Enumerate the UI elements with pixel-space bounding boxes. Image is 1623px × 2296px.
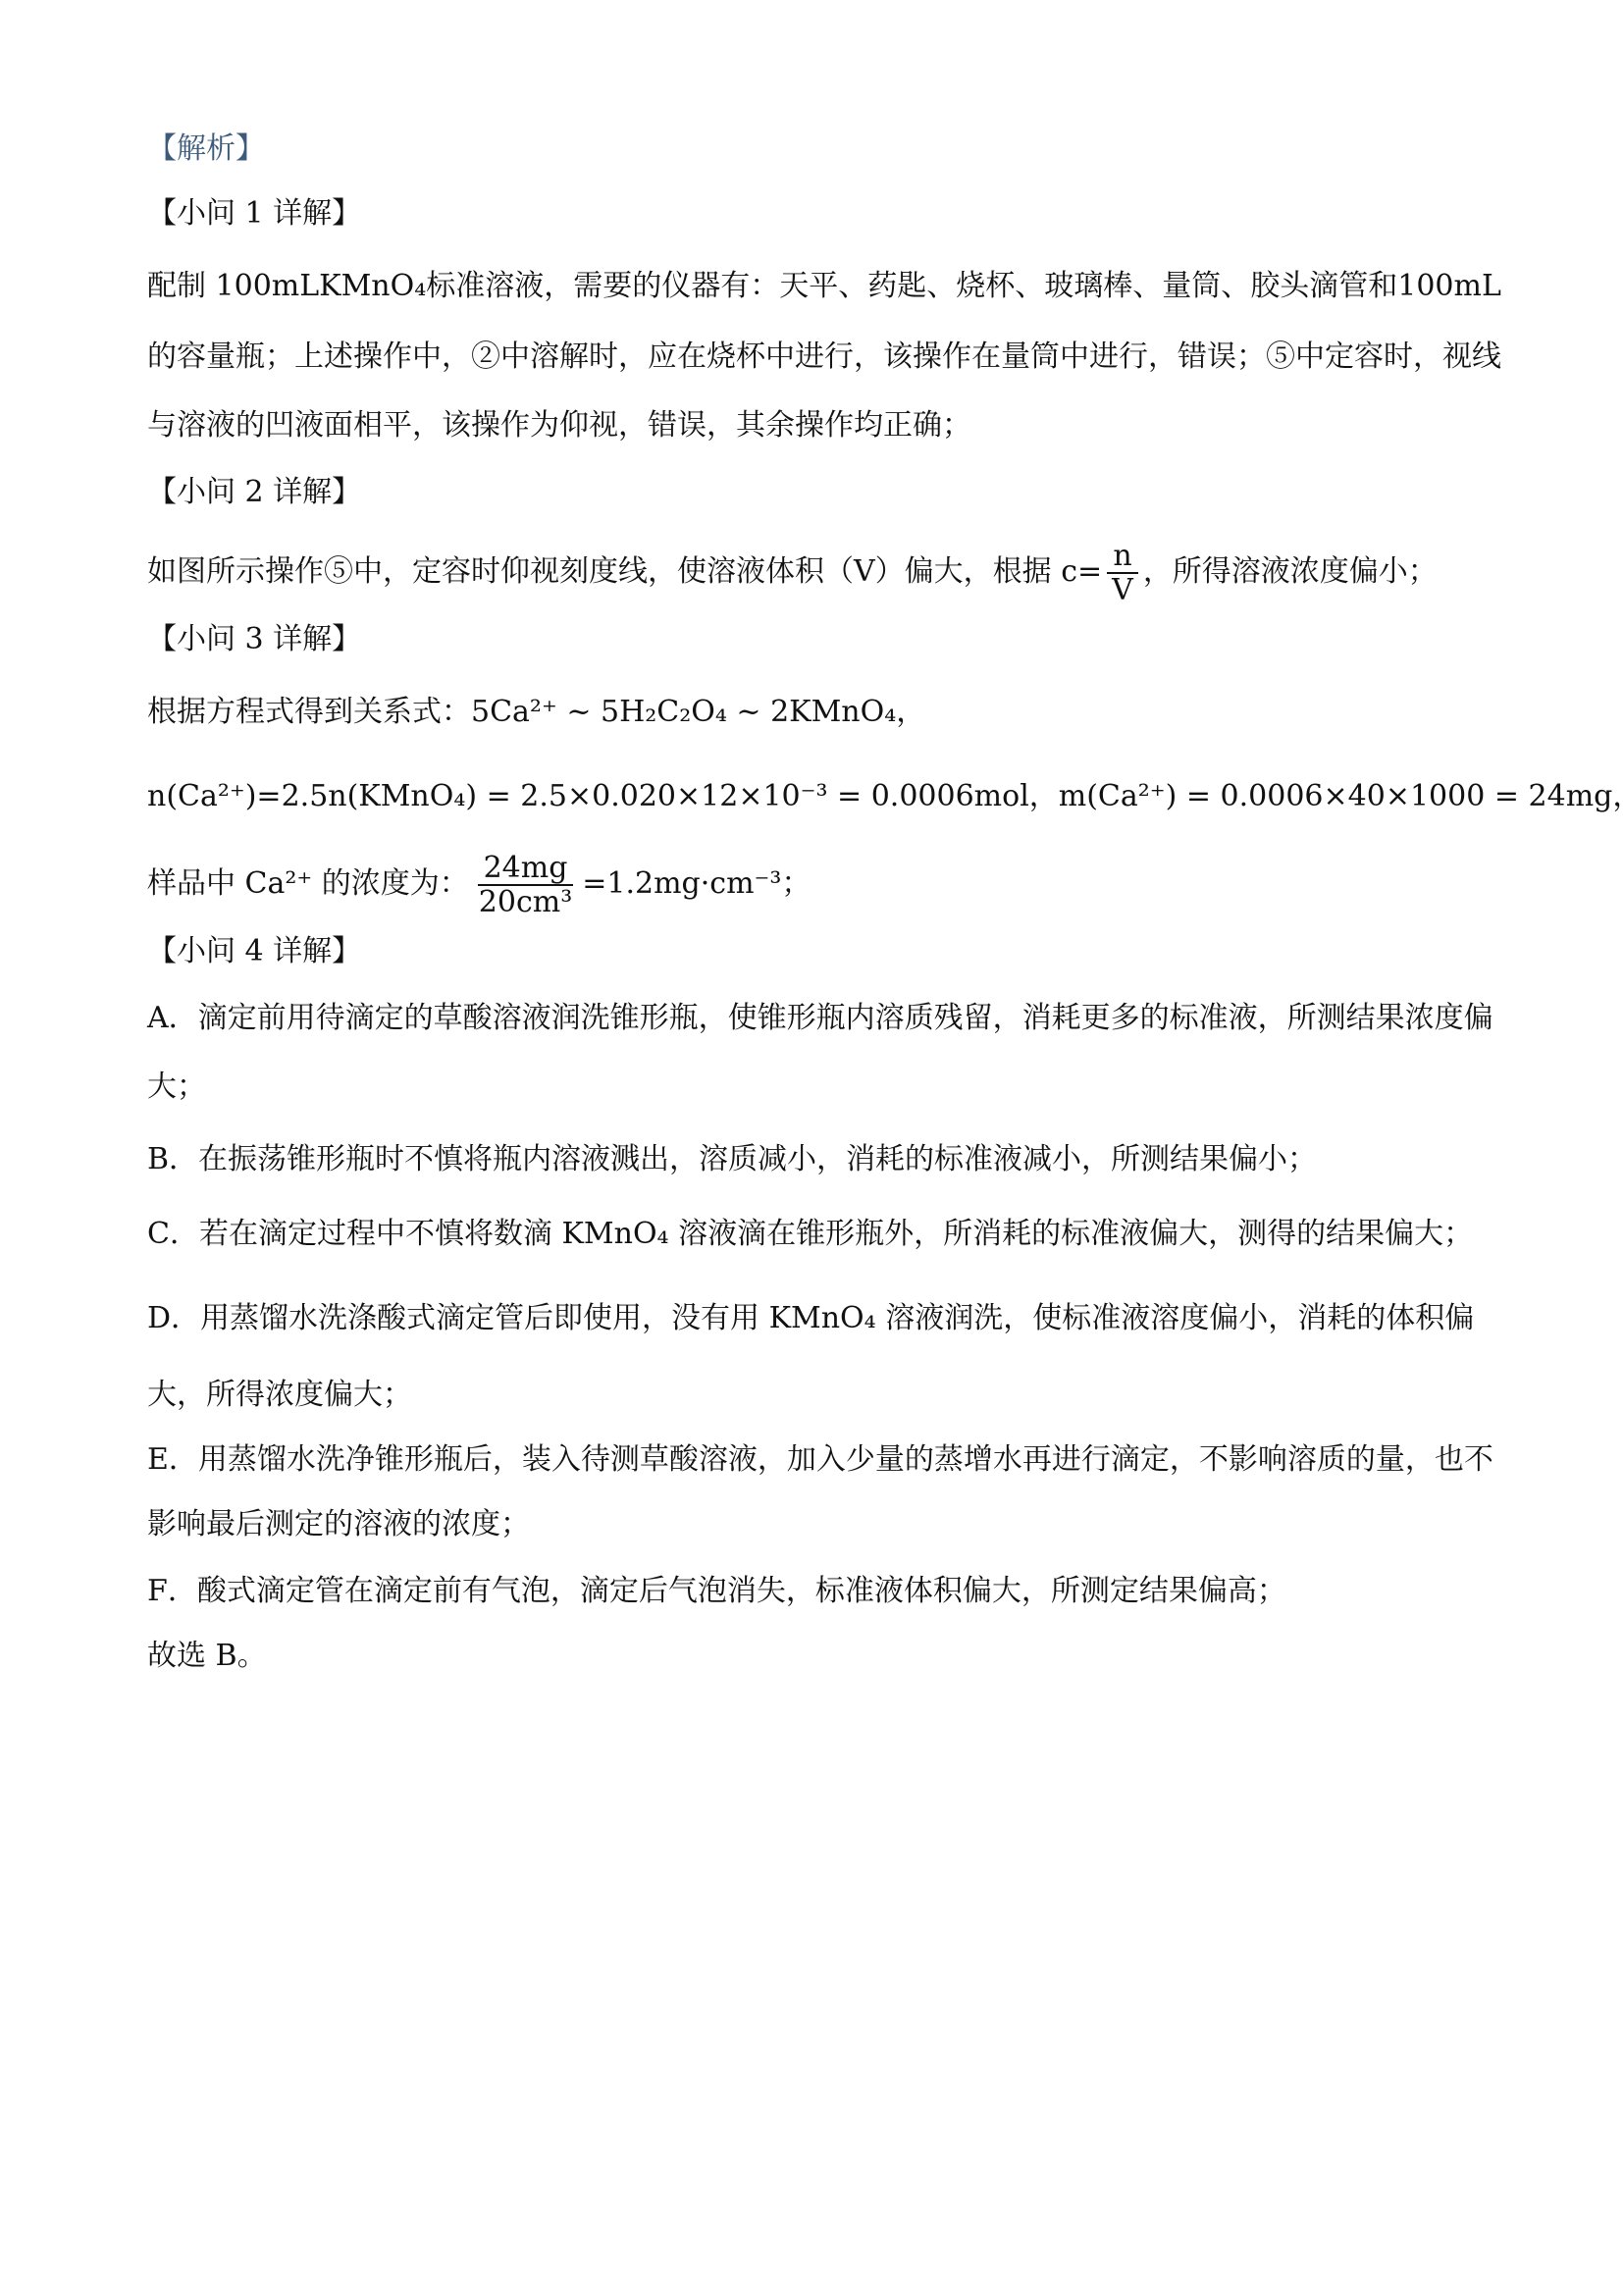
option-a-line-2: 大； <box>147 1066 206 1109</box>
analysis-label: 【解析】 <box>147 128 265 171</box>
option-a-line-1: A．滴定前用待滴定的草酸溶液润洗锥形瓶，使锥形瓶内溶质残留，消耗更多的标准液，所… <box>147 997 1493 1040</box>
section-1-line-2: 的容量瓶；上述操作中，②中溶解时，应在烧杯中进行，该操作在量筒中进行，错误；⑤中… <box>147 336 1501 379</box>
option-d-line-1: D．用蒸馏水洗涤酸式滴定管后即使用，没有用 KMnO₄ 溶液润洗，使标准液溶度偏… <box>147 1297 1474 1340</box>
section-3-line-1: 根据方程式得到关系式：5Ca²⁺ ~ 5H₂C₂O₄ ~ 2KMnO₄， <box>147 691 925 734</box>
option-e-line-1: E．用蒸馏水洗净锥形瓶后，装入待测草酸溶液，加入少量的蒸增水再进行滴定，不影响溶… <box>147 1438 1493 1482</box>
option-c: C．若在滴定过程中不慎将数滴 KMnO₄ 溶液滴在锥形瓶外，所消耗的标准液偏大，… <box>147 1213 1473 1256</box>
option-b: B．在振荡锥形瓶时不慎将瓶内溶液溅出，溶质减小，消耗的标准液减小，所测结果偏小； <box>147 1138 1317 1181</box>
option-d-line-2: 大，所得浓度偏大； <box>147 1374 412 1417</box>
section-2-line-1: 如图所示操作⑤中，定容时仰视刻度线，使溶液体积（V）偏大，根据 c=nV，所得溶… <box>147 540 1438 606</box>
ca-concentration-fraction: 24mg20cm³ <box>473 852 578 918</box>
option-e-line-2: 影响最后测定的溶液的浓度； <box>147 1503 530 1546</box>
section-2-heading: 【小问 2 详解】 <box>147 471 361 514</box>
section-3-line-3: 样品中 Ca²⁺ 的浓度为：24mg20cm³=1.2mg·cm⁻³； <box>147 852 811 918</box>
section-4-heading: 【小问 4 详解】 <box>147 930 361 973</box>
section-1-line-1: 配制 100mLKMnO₄标准溶液，需要的仪器有：天平、药匙、烧杯、玻璃棒、量筒… <box>147 265 1501 308</box>
option-f: F．酸式滴定管在滴定前有气泡，滴定后气泡消失，标准液体积偏大，所测定结果偏高； <box>147 1570 1286 1613</box>
section-3-heading: 【小问 3 详解】 <box>147 618 361 661</box>
final-answer: 故选 B。 <box>147 1635 267 1678</box>
section-1-line-3: 与溶液的凹液面相平，该操作为仰视，错误，其余操作均正确； <box>147 404 971 447</box>
section-1-heading: 【小问 1 详解】 <box>147 192 361 235</box>
section-3-line-2: n(Ca²⁺)=2.5n(KMnO₄) = 2.5×0.020×12×10⁻³ … <box>147 775 1623 818</box>
concentration-formula: nV <box>1106 540 1139 606</box>
